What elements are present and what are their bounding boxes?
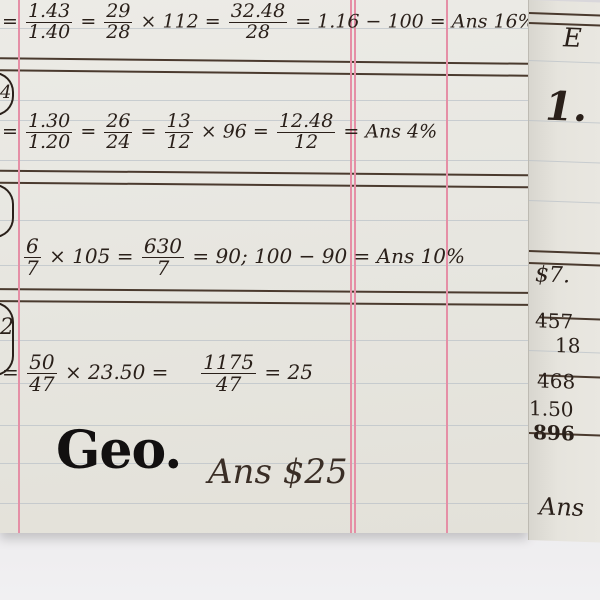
equals: = (2, 360, 19, 384)
right-header-letter: E (563, 23, 582, 54)
equals: = (2, 120, 18, 142)
multiply-expression: × 23.50 = (65, 360, 169, 384)
fraction: 26 24 (104, 112, 132, 153)
fraction: 1.30 1.20 (26, 112, 72, 153)
ledger-page-left: 4 2 = 1.43 1.40 = 29 28 × 112 = 32.48 28… (0, 0, 528, 533)
numerator: 29 (104, 2, 132, 23)
multiply-expression: × 105 = (49, 244, 133, 268)
ruled-line (0, 220, 528, 221)
denominator: 7 (142, 258, 184, 279)
double-rule (0, 170, 528, 177)
column-value: 468 (537, 368, 575, 393)
right-answer: Ans (539, 492, 584, 522)
right-numeral: 1. (545, 83, 587, 131)
double-rule (529, 250, 600, 255)
equals: = (141, 120, 157, 142)
margin-bracket (0, 184, 14, 238)
signature-name: Geo. (56, 420, 181, 481)
numerator: 6 (24, 236, 41, 258)
ruled-line (529, 160, 600, 164)
problem-line-4: = 50 47 × 23.50 = 1175 47 = 25 (2, 352, 313, 395)
ruled-line (0, 100, 528, 101)
ledger-page-right: E 1. $7. 457 18 468 1.50 896 Ans (528, 0, 600, 543)
numerator: 32.48 (229, 2, 287, 23)
fraction: 13 12 (165, 112, 193, 153)
problem-line-3: 6 7 × 105 = 630 7 = 90; 100 − 90 = Ans 1… (22, 236, 465, 279)
denominator: 28 (104, 23, 132, 43)
dollar-entry: $7. (535, 262, 570, 288)
double-rule (529, 12, 600, 17)
fraction: 50 47 (27, 352, 56, 395)
multiply-expression: × 96 = (201, 120, 269, 142)
column-total: 896 (533, 420, 575, 445)
denominator: 1.20 (26, 133, 72, 153)
fraction: 1175 47 (201, 352, 256, 395)
double-rule (0, 182, 528, 189)
denominator: 7 (24, 258, 41, 279)
fraction: 12.48 12 (277, 112, 335, 153)
numerator: 50 (27, 352, 56, 374)
problem-line-2: = 1.30 1.20 = 26 24 = 13 12 × 96 = 12.48… (2, 112, 437, 153)
answer-text: = Ans 4% (343, 120, 437, 142)
equals: = (80, 120, 96, 142)
numerator: 12.48 (277, 112, 335, 133)
signature-answer: Ans $25 (208, 452, 348, 492)
ruled-line (529, 200, 600, 204)
fraction: 29 28 (104, 2, 132, 43)
denominator: 12 (165, 133, 193, 153)
red-margin-line (18, 0, 20, 533)
ruled-line (529, 60, 600, 64)
column-value: 457 (535, 308, 573, 333)
denominator: 28 (229, 23, 287, 43)
numerator: 1.43 (26, 2, 72, 23)
denominator: 24 (104, 133, 132, 153)
numerator: 26 (104, 112, 132, 133)
problem-line-1: = 1.43 1.40 = 29 28 × 112 = 32.48 28 = 1… (2, 2, 528, 43)
fraction: 630 7 (142, 236, 184, 279)
numerator: 1175 (201, 352, 256, 374)
column-value: 1.50 (529, 396, 574, 422)
equals: = (2, 10, 18, 32)
answer-text: = 1.16 − 100 = Ans 16% (295, 10, 528, 32)
fraction: 6 7 (24, 236, 41, 279)
denominator: 47 (27, 374, 56, 395)
column-value: 18 (555, 333, 580, 358)
denominator: 12 (277, 133, 335, 153)
double-rule (0, 288, 528, 294)
multiply-expression: × 112 = (141, 10, 221, 32)
ruled-line (0, 340, 528, 341)
numerator: 13 (165, 112, 193, 133)
ruled-line (0, 503, 528, 504)
equals: = (80, 10, 96, 32)
double-rule (0, 300, 528, 306)
fraction: 1.43 1.40 (26, 2, 72, 43)
signature-text: Geo. (56, 420, 181, 481)
answer-text: = 90; 100 − 90 = Ans 10% (192, 244, 465, 268)
margin-mark: 2 (0, 315, 14, 340)
denominator: 1.40 (26, 23, 72, 43)
double-rule (0, 57, 528, 65)
answer-text: = 25 (264, 360, 313, 384)
numerator: 630 (142, 236, 184, 258)
numerator: 1.30 (26, 112, 72, 133)
denominator: 47 (201, 374, 256, 395)
double-rule (0, 69, 528, 77)
margin-mark: 4 (0, 82, 11, 103)
fraction: 32.48 28 (229, 2, 287, 43)
ruled-line (0, 160, 528, 161)
